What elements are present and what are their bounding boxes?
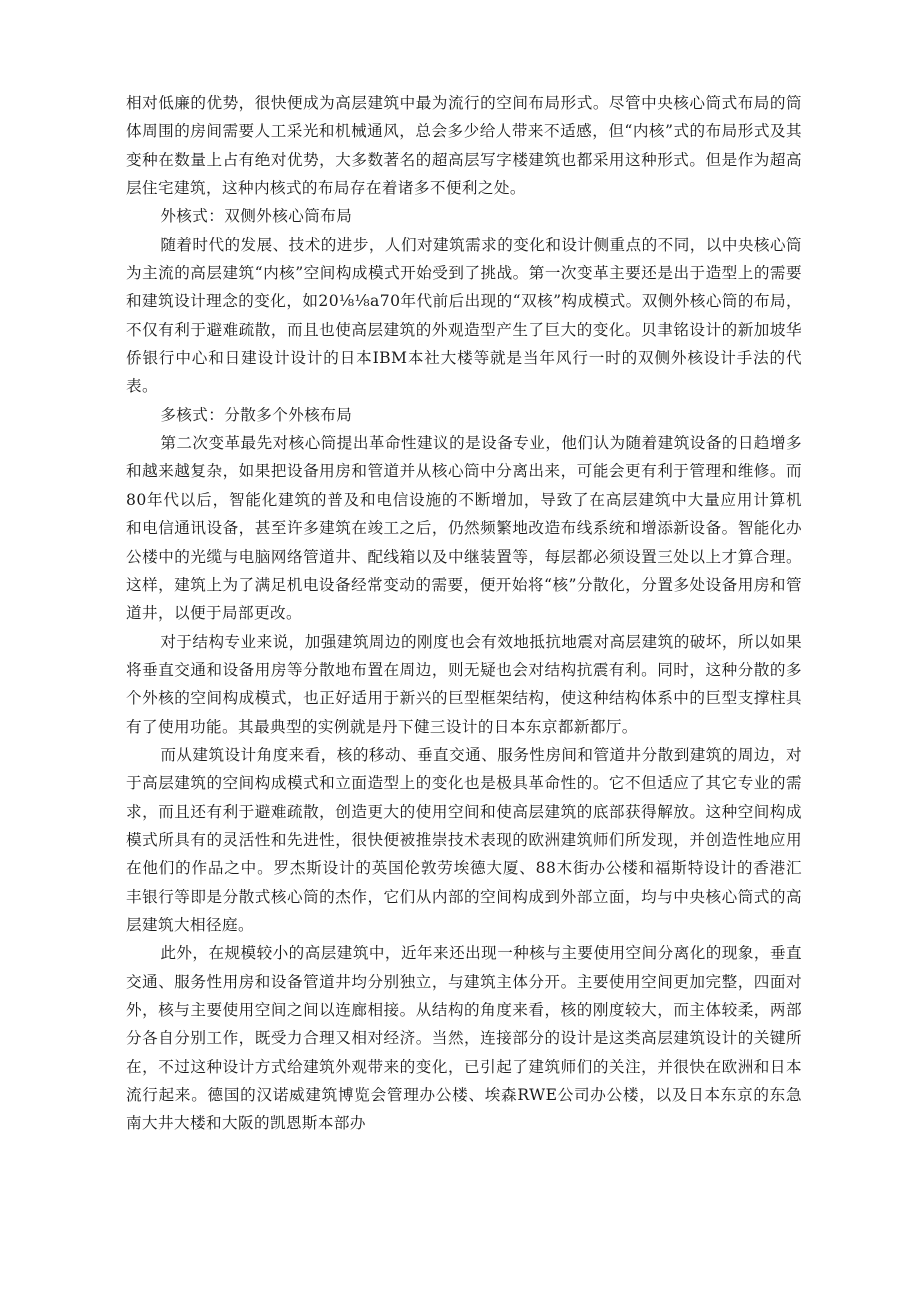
paragraph-structure: 对于结构专业来说，加强建筑周边的刚度也会有效地抵抗地震对高层建筑的破坏，所以如果… — [126, 628, 802, 741]
section-heading-multi-core: 多核式：分散多个外核布局 — [126, 401, 802, 429]
section-heading-outer-core: 外核式：双侧外核心筒布局 — [126, 202, 802, 230]
paragraph-continued: 相对低廉的优势，很快便成为高层建筑中最为流行的空间布局形式。尽管中央核心筒式布局… — [126, 89, 802, 202]
paragraph-equipment: 第二次变革最先对核心筒提出革命性建议的是设备专业，他们认为随着建筑设备的日趋增多… — [126, 429, 802, 627]
document-page: 相对低廉的优势，很快便成为高层建筑中最为流行的空间布局形式。尽管中央核心筒式布局… — [126, 89, 802, 1138]
paragraph-separated-core: 此外，在规模较小的高层建筑中，近年来还出现一种核与主要使用空间分离化的现象，垂直… — [126, 939, 802, 1137]
paragraph-architecture: 而从建筑设计角度来看，核的移动、垂直交通、服务性房间和管道井分散到建筑的周边，对… — [126, 741, 802, 939]
paragraph-outer-core: 随着时代的发展、技术的进步，人们对建筑需求的变化和设计侧重点的不同，以中央核心筒… — [126, 231, 802, 401]
